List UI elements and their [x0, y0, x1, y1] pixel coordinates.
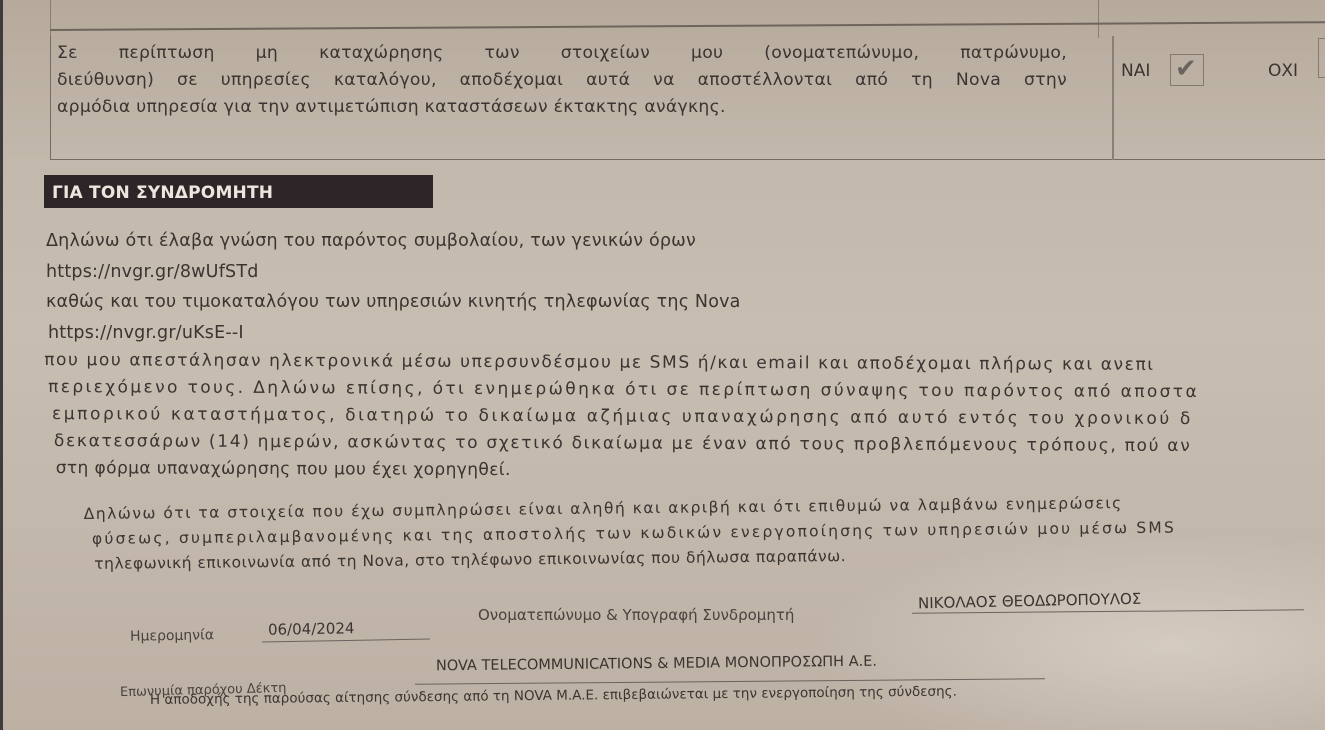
- name-signature-label: Ονοματεπώνυμο & Υπογραφή Συνδρομητή: [478, 606, 794, 624]
- no-checkbox[interactable]: [1318, 38, 1325, 78]
- declaration-line: Δηλώνω ότι έλαβα γνώση του παρόντος συμβ…: [46, 231, 696, 251]
- section-header-subscriber: ΓΙΑ ΤΟΝ ΣΥΝΔΡΟΜΗΤΗ: [44, 175, 433, 208]
- declaration-line: καθώς και του τιμοκαταλόγου των υπηρεσιώ…: [46, 292, 741, 312]
- date-value[interactable]: 06/04/2024: [268, 619, 355, 639]
- declaration-paragraph: που μου απεστάλησαν ηλεκτρονικά μέσω υπε…: [44, 347, 1200, 487]
- photo-edge: [0, 0, 3, 730]
- checkmark-icon: ✔: [1175, 53, 1197, 85]
- subscriber-name-value[interactable]: ΝΙΚΟΛΑΟΣ ΘΕΟΔΩΡΟΠΟΥΛΟΣ: [918, 590, 1142, 613]
- terms-link[interactable]: https://nvgr.gr/8wUfSTd: [46, 262, 259, 282]
- yes-label: ΝΑΙ: [1121, 61, 1150, 81]
- accuracy-paragraph: Δηλώνω ότι τα στοιχεία που έχω συμπληρώσ…: [84, 491, 1177, 577]
- paragraph-line: στη φόρμα υπαναχώρησης που μου έχει χορη…: [44, 455, 1199, 487]
- yes-checkbox[interactable]: ✔: [1170, 54, 1204, 86]
- emergency-consent-text: Σε περίπτωση μη καταχώρησης των στοιχείω…: [57, 40, 1067, 121]
- consent-divider: [1112, 36, 1114, 160]
- pricelist-link[interactable]: https://nvgr.gr/uKsE--I: [48, 323, 244, 343]
- consent-line: Σε περίπτωση μη καταχώρησης των στοιχείω…: [57, 40, 1067, 67]
- previous-table-bottom: [50, 0, 1325, 38]
- provider-value[interactable]: NOVA TELECOMMUNICATIONS & MEDIA ΜΟΝΟΠΡΟΣ…: [436, 654, 877, 675]
- consent-line: αρμόδια υπηρεσία για την αντιμετώπιση κα…: [57, 94, 1067, 121]
- consent-line: διεύθυνση) σε υπηρεσίες καταλόγου, αποδέ…: [57, 67, 1067, 94]
- date-underline: [262, 639, 430, 643]
- table-divider: [1098, 0, 1099, 38]
- date-label: Ημερομηνία: [130, 627, 214, 644]
- no-label: ΟΧΙ: [1268, 61, 1298, 81]
